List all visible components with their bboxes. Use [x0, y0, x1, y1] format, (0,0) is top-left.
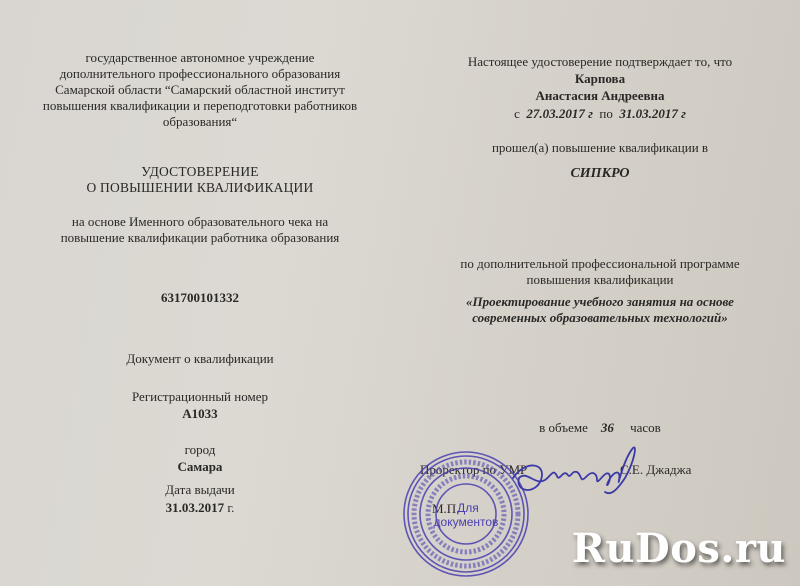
stamp-text-line: документов	[434, 515, 499, 529]
title-line: УДОСТОВЕРЕНИЕ	[0, 164, 400, 180]
holder-surname: Карпова	[400, 71, 800, 87]
program-line: по дополнительной профессиональной прогр…	[400, 256, 800, 272]
volume-label: в объеме	[539, 420, 588, 435]
signature	[505, 440, 665, 510]
stamp-text-line: Для	[457, 501, 479, 515]
city: Самара	[0, 459, 400, 475]
institution-line: Самарской области “Самарский областной и…	[0, 82, 400, 98]
to-label: по	[599, 106, 612, 121]
basis-text: на основе Именного образовательного чека…	[0, 214, 400, 246]
hours-label: часов	[630, 420, 661, 435]
issue-date-label: Дата выдачи	[0, 482, 400, 498]
volume-row: в объеме 36 часов	[400, 420, 800, 436]
issue-date-suffix: г.	[227, 500, 234, 515]
watermark: RuDos.ru	[572, 525, 786, 572]
title-line: О ПОВЫШЕНИИ КВАЛИФИКАЦИИ	[0, 180, 400, 196]
from-label: с	[514, 106, 520, 121]
issue-date-row: 31.03.2017 г.	[0, 500, 400, 516]
document-title: УДОСТОВЕРЕНИЕ О ПОВЫШЕНИИ КВАЛИФИКАЦИИ	[0, 164, 400, 196]
program-line: повышения квалификации	[400, 272, 800, 288]
certificate-page: государственное автономное учреждение до…	[0, 0, 800, 586]
check-number: 631700101332	[0, 290, 400, 306]
program-title-line: «Проектирование учебного занятия на осно…	[400, 294, 800, 310]
basis-line: повышение квалификации работника образов…	[0, 230, 400, 246]
organization: СИПКРО	[400, 166, 800, 182]
confirm-text: Настоящее удостоверение подтверждает то,…	[400, 54, 800, 70]
reg-number-label: Регистрационный номер	[0, 389, 400, 405]
institution-name: государственное автономное учреждение до…	[0, 50, 400, 130]
date-to: 31.03.2017 г	[619, 106, 686, 121]
program-intro: по дополнительной профессиональной прогр…	[400, 256, 800, 288]
reg-number: А1033	[0, 406, 400, 422]
program-title-line: современных образовательных технологий»	[400, 310, 800, 326]
document-label: Документ о квалификации	[0, 351, 400, 367]
institution-line: дополнительного профессионального образо…	[0, 66, 400, 82]
training-period: с 27.03.2017 г по 31.03.2017 г	[400, 106, 800, 122]
issue-date: 31.03.2017	[166, 500, 225, 515]
institution-line: государственное автономное учреждение	[0, 50, 400, 66]
city-label: город	[0, 442, 400, 458]
institution-line: повышения квалификации и переподготовки …	[0, 98, 400, 114]
holder-name: Анастасия Андреевна	[400, 88, 800, 104]
institution-line: образования“	[0, 114, 400, 130]
passed-text: прошел(а) повышение квалификации в	[400, 140, 800, 156]
program-title: «Проектирование учебного занятия на осно…	[400, 294, 800, 326]
basis-line: на основе Именного образовательного чека…	[0, 214, 400, 230]
date-from: 27.03.2017 г	[526, 106, 593, 121]
volume-hours: 36	[601, 420, 614, 435]
